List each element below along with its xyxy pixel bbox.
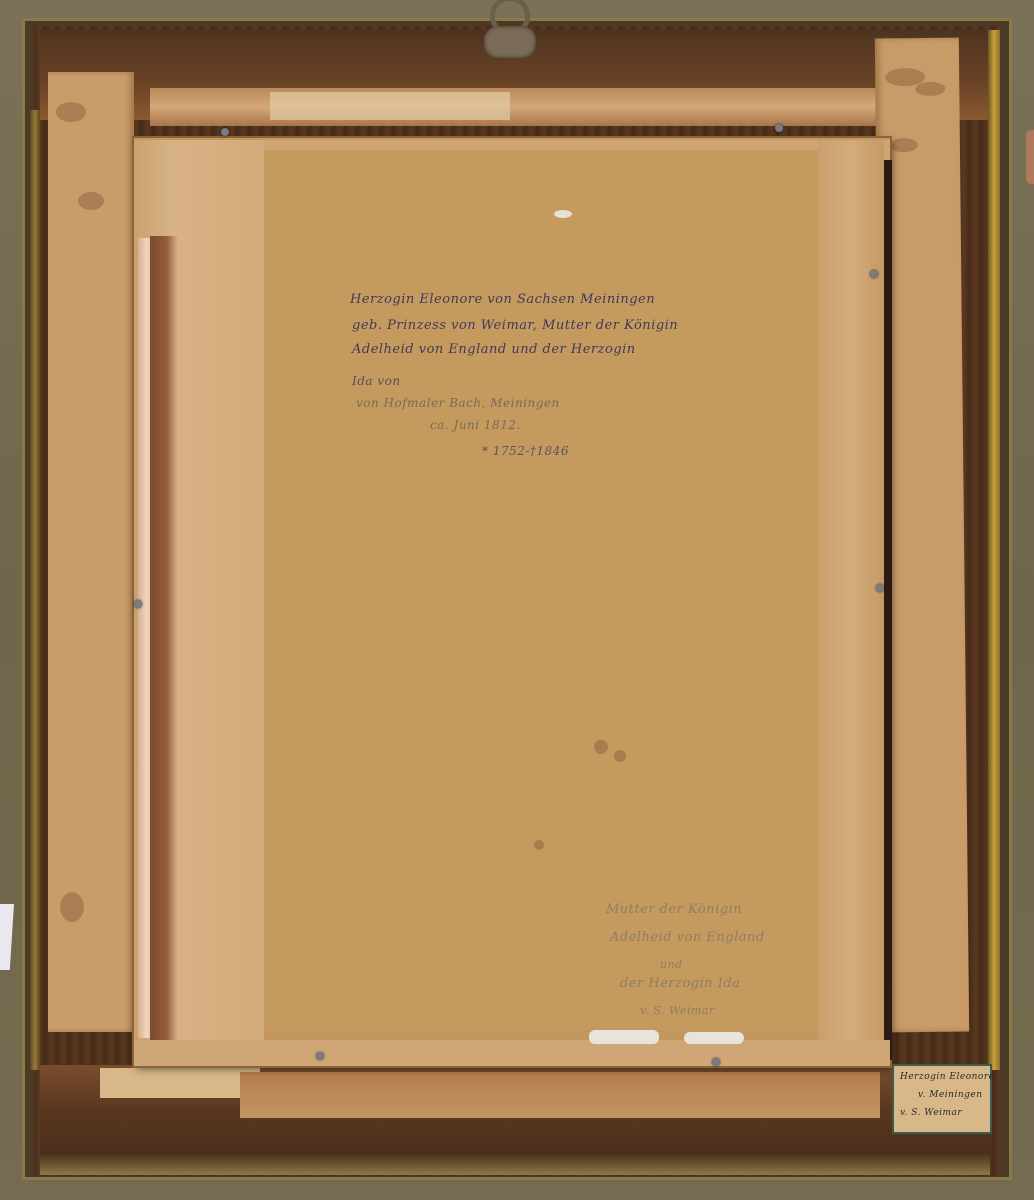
inscription-main-line-3: Adelheid von England und der Herzogin [352,342,636,357]
paper-tape-top-worn [270,92,510,120]
inscription-pencil-line-2: ca. Juni 1812. [430,418,521,432]
gilt-edge-right [988,30,1000,1070]
nail [712,1058,720,1066]
sticker-line-3: v. S. Weimar [900,1108,962,1118]
nail [134,600,142,608]
inscription-lower-line-1: Mutter der Königin [606,902,742,917]
paper-tape-bottom [240,1072,880,1118]
sticker-line-2: v. Meiningen [918,1090,983,1100]
inscription-main-line-1: Herzogin Eleonore von Sachsen Meiningen [350,292,655,307]
inscription-main-line-2: geb. Prinzess von Weimar, Mutter der Kön… [352,318,678,333]
backboard-left-damage [150,236,178,1056]
paper-tape-bottom-left [100,1068,260,1098]
nail [870,270,878,278]
inscription-pencil-line-1: von Hofmaler Bach, Meiningen [356,396,560,410]
hanging-plate [484,26,536,58]
paper-tape-top [150,88,880,126]
nail [876,584,884,592]
backboard-bottom-strip [134,1040,890,1066]
inscription-lower-line-3: und [660,958,683,971]
inscription-lower-line-2: Adelheid von England [610,930,765,945]
backboard-main-panel [264,150,820,1030]
inscription-dates: * 1752-†1846 [482,444,569,458]
nail [221,128,229,136]
nail [775,124,783,132]
sticker-line-1: Herzogin Eleonore [900,1072,994,1082]
nail [316,1052,324,1060]
edge-knob [1026,130,1034,184]
paper-tape-left [48,72,134,1032]
backboard-right-strip [818,140,884,1060]
gilt-edge-left [30,110,40,1070]
inscription-main-line-4: Ida von [352,374,401,388]
inscription-lower-line-5: v. S. Weimar [640,1004,715,1017]
inscription-lower-line-4: der Herzogin Ida [620,976,740,991]
sticker-label: Herzogin Eleonore v. Meiningen v. S. Wei… [892,1064,992,1134]
backboard-gap-right [884,160,892,1060]
